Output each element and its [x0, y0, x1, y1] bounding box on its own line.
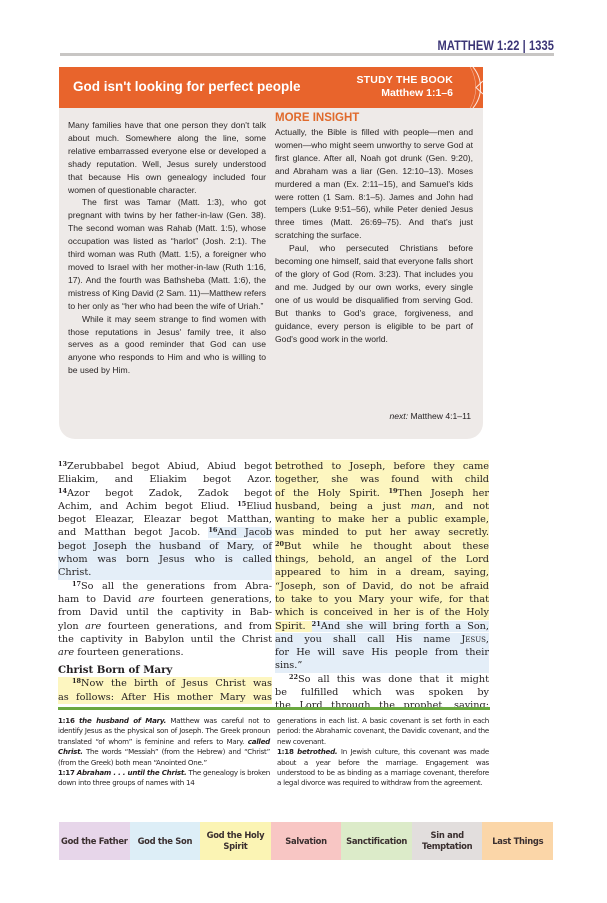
scripture-line: ham to David are fourteen generations,	[58, 593, 272, 606]
scripture-line-highlighted: for He will save His people from their	[275, 646, 489, 659]
insight-paragraph: Paul, who persecuted Christians before b…	[275, 242, 473, 345]
scripture-line-highlighted: Christ.	[58, 566, 272, 579]
legend-god-the-father: God the Father	[59, 822, 130, 860]
scripture-line: 22So all this was done that it might	[275, 673, 489, 686]
study-note: 1:18 betrothed. In Jewish culture, this …	[277, 747, 489, 789]
insight-paragraph: Actually, the Bible is filled with peopl…	[275, 126, 473, 242]
scripture-line: Eliakim, and Eliakim begot Azor.	[58, 473, 272, 486]
scripture-line-highlighted: wanting to make her a public example,	[275, 513, 489, 526]
legend-sanctification: Sanctification	[341, 822, 412, 860]
scripture-line: the captivity in Babylon until the Chris…	[58, 633, 272, 646]
scripture-line: are fourteen generations.	[58, 646, 272, 659]
scripture-line-highlighted: things, behold, an angel of the Lord	[275, 553, 489, 566]
notes-divider	[58, 707, 490, 710]
scripture-line: Spirit. 21And she will bring forth a Son…	[275, 620, 489, 633]
study-paragraph: The first was Tamar (Matt. 1:3), who got…	[68, 196, 266, 312]
scripture-line-highlighted: of the Holy Spirit. 19Then Joseph her	[275, 487, 489, 500]
scripture-line-highlighted: appeared to him in a dream, saying,	[275, 566, 489, 579]
scripture-line: 17So all the generations from Abra-	[58, 580, 272, 593]
more-insight-heading: MORE INSIGHT	[275, 111, 473, 125]
study-note: generations in each list. A basic covena…	[277, 716, 489, 747]
legend-god-the-holy-spirit: God the Holy Spirit	[200, 822, 271, 860]
study-box-tag: STUDY THE BOOK Matthew 1:1–6	[356, 74, 453, 100]
study-box-title: God isn't looking for perfect people	[73, 79, 300, 94]
study-notes-right: generations in each list. A basic covena…	[277, 716, 489, 789]
scripture-line-highlighted: husband, being a just man, and not	[275, 500, 489, 513]
scripture-line-highlighted: to take to you Mary your wife, for that	[275, 593, 489, 606]
legend-salvation: Salvation	[271, 822, 342, 860]
scripture-line-highlighted: 20But while he thought about these	[275, 540, 489, 553]
scripture-line-highlighted: 18Now the birth of Jesus Christ was	[58, 677, 272, 690]
scripture-line: ylon are fourteen generations, and from	[58, 620, 272, 633]
scripture-line: 13Zerubbabel begot Abiud, Abiud begot	[58, 460, 272, 473]
study-tag-reference: Matthew 1:1–6	[356, 87, 453, 100]
scripture-line: and Matthan begot Jacob. 16And Jacob	[58, 526, 272, 539]
scripture-line-highlighted: “Joseph, son of David, do not be afraid	[275, 580, 489, 593]
study-paragraph: While it may seem strange to find women …	[68, 313, 266, 378]
study-left-column: Many families have that one person they …	[68, 119, 266, 377]
topic-color-legend: God the Father God the Son God the Holy …	[59, 822, 553, 860]
study-note: 1:17 Abraham . . . until the Christ. The…	[58, 768, 270, 789]
next-reference: Matthew 4:1–11	[410, 411, 471, 421]
scripture-line: the Lord through the prophet, saying:	[275, 699, 489, 712]
section-heading: Christ Born of Mary	[58, 664, 272, 677]
scripture-left-column: 13Zerubbabel begot Abiud, Abiud begot El…	[58, 460, 272, 704]
study-right-column: MORE INSIGHT Actually, the Bible is fill…	[275, 111, 473, 345]
scripture-line-highlighted: begot Joseph the husband of Mary, of	[58, 540, 272, 553]
study-box-header: God isn't looking for perfect people STU…	[59, 67, 483, 108]
scripture-line: 14Azor begot Zadok, Zadok begot	[58, 487, 272, 500]
legend-sin-and-temptation: Sin and Temptation	[412, 822, 483, 860]
next-label: next:	[389, 411, 408, 421]
scripture-line-highlighted: betrothed to Joseph, before they came	[275, 460, 489, 473]
legend-last-things: Last Things	[482, 822, 553, 860]
study-tag-label: STUDY THE BOOK	[356, 74, 453, 87]
scripture-line: Achim, and Achim begot Eliud. 15Eliud	[58, 500, 272, 513]
scripture-line: be fulfilled which was spoken by	[275, 686, 489, 699]
scripture-line-highlighted: was minded to put her away secretly.	[275, 526, 489, 539]
running-head: MATTHEW 1:22 | 1335	[60, 30, 554, 56]
study-note: 1:16 the husband of Mary. Matthew was ca…	[58, 716, 270, 768]
scripture-line-highlighted: whom was born Jesus who is called	[58, 553, 272, 566]
scripture-line-highlighted: as follows: After His mother Mary was	[58, 691, 272, 704]
next-reading: next: Matthew 4:1–11	[389, 411, 471, 421]
study-paragraph: Many families have that one person they …	[68, 119, 266, 196]
scripture-line-highlighted: and you shall call His name Jesus,	[275, 633, 489, 646]
study-the-book-box: God isn't looking for perfect people STU…	[59, 67, 483, 439]
scripture-line: begot Eleazar, Eleazar begot Matthan,	[58, 513, 272, 526]
scripture-line: from David until the captivity in Bab-	[58, 606, 272, 619]
scripture-right-column: betrothed to Joseph, before they came to…	[275, 460, 489, 713]
legend-god-the-son: God the Son	[130, 822, 201, 860]
scripture-line-highlighted: which is conceived in her is of the Holy	[275, 606, 489, 619]
ornament-icon	[469, 67, 483, 108]
scripture-line-highlighted: together, she was found with child	[275, 473, 489, 486]
running-head-text: MATTHEW 1:22 | 1335	[438, 38, 554, 53]
study-notes-left: 1:16 the husband of Mary. Matthew was ca…	[58, 716, 270, 789]
scripture-line-highlighted: sins.”	[275, 659, 489, 672]
